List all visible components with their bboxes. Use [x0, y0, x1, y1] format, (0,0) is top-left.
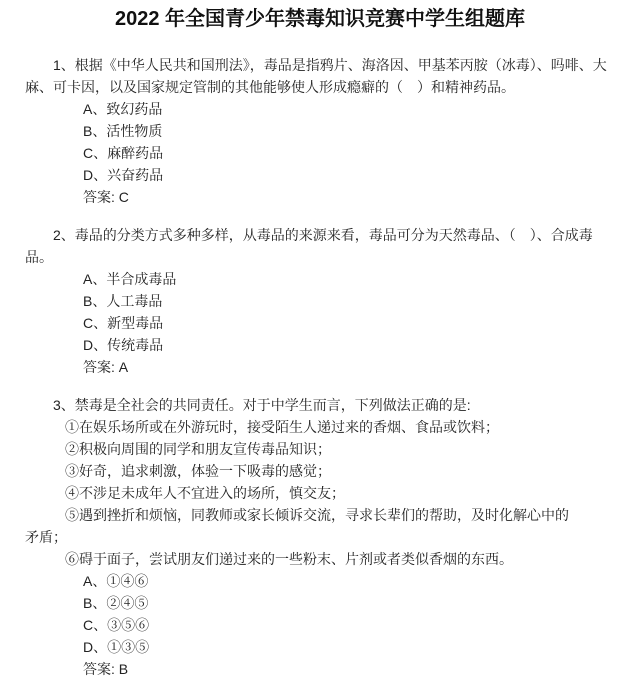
- option-line: C、③⑤⑥: [83, 614, 615, 636]
- option-line: B、活性物质: [83, 120, 615, 142]
- option-line: B、人工毒品: [83, 290, 615, 312]
- numbered-item: ⑥碍于面子，尝试朋友们递过来的一些粉末、片剂或者类似香烟的东西。: [25, 548, 615, 570]
- option-line: B、②④⑤: [83, 592, 615, 614]
- numbered-item: ⑤遇到挫折和烦恼，同教师或家长倾诉交流，寻求长辈们的帮助，及时化解心中的矛盾；: [25, 504, 575, 548]
- question-block-3: 3、禁毒是全社会的共同责任。对于中学生而言，下列做法正确的是: ①在娱乐场所或在…: [25, 394, 615, 680]
- numbered-item: ④不涉足未成年人不宜进入的场所，慎交友；: [25, 482, 615, 504]
- question-block-2: 2、毒品的分类方式多种多样，从毒品的来源来看，毒品可分为天然毒品、（ ）、合成毒…: [25, 224, 615, 378]
- option-line: A、半合成毒品: [83, 268, 615, 290]
- option-line: C、新型毒品: [83, 312, 615, 334]
- option-line: D、兴奋药品: [83, 164, 615, 186]
- question-block-1: 1、根据《中华人民共和国刑法》，毒品是指鸦片、海洛因、甲基苯丙胺（冰毒）、吗啡、…: [25, 54, 615, 208]
- option-line: D、传统毒品: [83, 334, 615, 356]
- answer-line: 答案: A: [83, 356, 615, 378]
- document-page: 2022 年全国青少年禁毒知识竞赛中学生组题库 1、根据《中华人民共和国刑法》，…: [0, 0, 637, 700]
- option-line: A、①④⑥: [83, 570, 615, 592]
- answer-line: 答案: C: [83, 186, 615, 208]
- numbered-item: ①在娱乐场所或在外游玩时，接受陌生人递过来的香烟、食品或饮料；: [25, 416, 615, 438]
- answer-line: 答案: B: [83, 658, 615, 680]
- question-stem: 3、禁毒是全社会的共同责任。对于中学生而言，下列做法正确的是:: [25, 394, 615, 416]
- question-stem: 1、根据《中华人民共和国刑法》，毒品是指鸦片、海洛因、甲基苯丙胺（冰毒）、吗啡、…: [25, 54, 615, 98]
- option-line: A、致幻药品: [83, 98, 615, 120]
- option-line: C、麻醉药品: [83, 142, 615, 164]
- numbered-item: ③好奇，追求刺激，体验一下吸毒的感觉；: [25, 460, 615, 482]
- numbered-item: ②积极向周围的同学和朋友宣传毒品知识；: [25, 438, 615, 460]
- question-stem: 2、毒品的分类方式多种多样，从毒品的来源来看，毒品可分为天然毒品、（ ）、合成毒…: [25, 224, 600, 268]
- option-line: D、①③⑤: [83, 636, 615, 658]
- document-title: 2022 年全国青少年禁毒知识竞赛中学生组题库: [25, 6, 615, 32]
